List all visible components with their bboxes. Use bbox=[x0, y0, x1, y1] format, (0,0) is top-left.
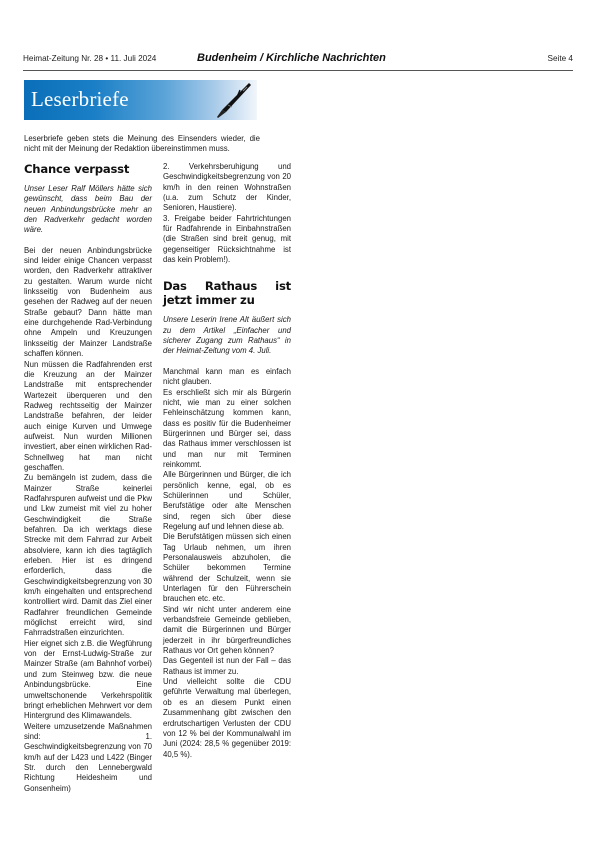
article-2-paragraph: Es erschließt sich mir als Bürgerin nich… bbox=[163, 388, 291, 471]
article-2-headline: Das Rathaus ist jetzt immer zu bbox=[163, 279, 291, 307]
article-1-paragraph: Hier eignet sich z.B. die Wegführung von… bbox=[24, 639, 152, 722]
article-spacer bbox=[163, 265, 291, 279]
disclaimer-text: Leserbriefe geben stets die Meinung des … bbox=[24, 134, 260, 155]
article-2-paragraph: Das Gegenteil ist nun der Fall – das Rat… bbox=[163, 656, 291, 677]
issue-info: Heimat-Zeitung Nr. 28 • 11. Juli 2024 bbox=[23, 54, 156, 63]
article-1-paragraph: Zu bemängeln ist zudem, dass die Mainzer… bbox=[24, 473, 152, 639]
column-1: Chance verpasst Unser Leser Ralf Möllers… bbox=[24, 162, 152, 794]
article-1-paragraph: Nun müssen die Radfahrenden erst die Kre… bbox=[24, 360, 152, 474]
article-2-paragraph: Die Berufstätigen müssen sich einen Tag … bbox=[163, 532, 291, 604]
article-1-paragraph: 3. Freigabe beider Fahrtrichtungen für R… bbox=[163, 214, 291, 266]
page-header: Heimat-Zeitung Nr. 28 • 11. Juli 2024 Bu… bbox=[23, 52, 573, 66]
pen-icon bbox=[213, 81, 253, 119]
section-title: Budenheim / Kirchliche Nachrichten bbox=[197, 52, 386, 64]
column-2: 2. Verkehrsberuhigung und Geschwindigkei… bbox=[163, 162, 291, 760]
article-2-paragraph: Manchmal kann man es einfach nicht glaub… bbox=[163, 367, 291, 388]
article-2-paragraph: Sind wir nicht unter anderem eine verban… bbox=[163, 605, 291, 657]
article-1-lede: Unser Leser Ralf Möllers hätte sich gewü… bbox=[24, 184, 152, 236]
header-divider bbox=[23, 70, 573, 71]
article-1-paragraph: 2. Verkehrsberuhigung und Geschwindigkei… bbox=[163, 162, 291, 214]
banner-title: Leserbriefe bbox=[31, 87, 129, 112]
article-2-lede: Unsere Leserin Irene Alt äußert sich zu … bbox=[163, 315, 291, 356]
article-2-paragraph: Und vielleicht sollte die CDU geführte V… bbox=[163, 677, 291, 760]
leserbriefe-banner: Leserbriefe bbox=[24, 80, 257, 120]
article-1-headline: Chance verpasst bbox=[24, 162, 152, 176]
article-1-paragraph: Weitere umzusetzende Maßnahmen sind: 1. … bbox=[24, 722, 152, 794]
article-1-paragraph: Bei der neuen Anbindungsbrücke sind leid… bbox=[24, 246, 152, 360]
article-2-paragraph: Alle Bürgerinnen und Bürger, die ich per… bbox=[163, 470, 291, 532]
page-number: Seite 4 bbox=[548, 54, 574, 63]
